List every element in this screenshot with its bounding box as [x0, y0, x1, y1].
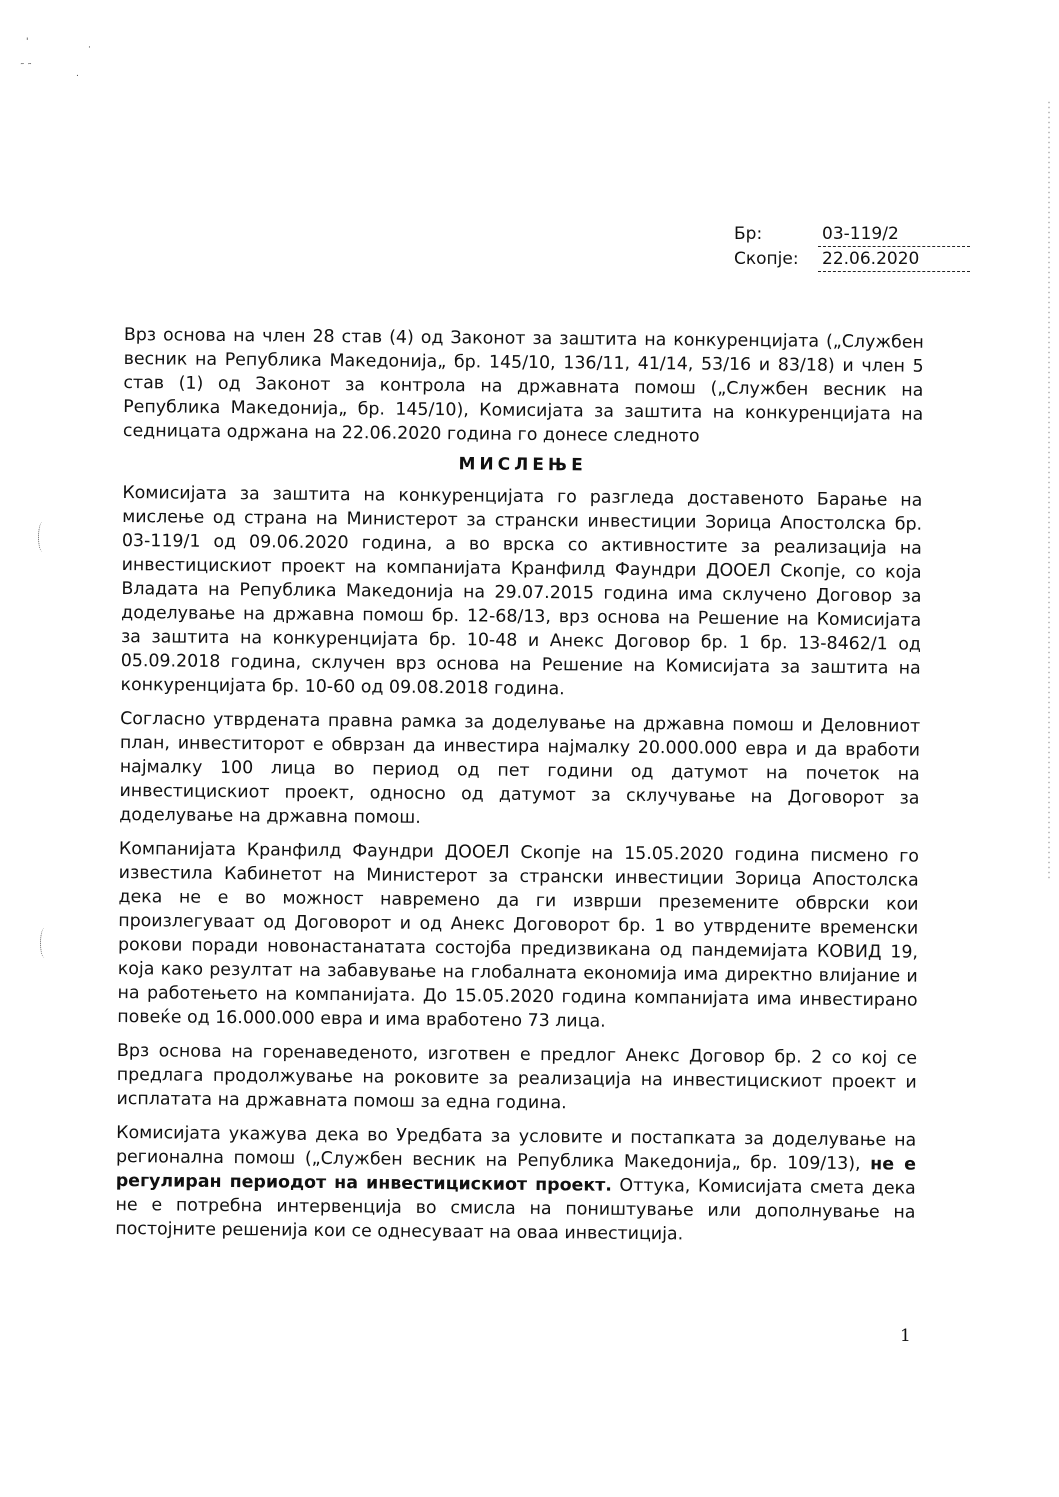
scan-artifact: · [88, 44, 91, 53]
scan-artifact: . [76, 70, 79, 79]
reference-date-value: 22.06.2020 [818, 247, 970, 272]
reference-date-row: Скопје: 22.06.2020 [734, 247, 970, 272]
body-paragraph: Комисијата за заштита на конкуренцијата … [120, 481, 922, 705]
reference-block: Бр: 03-119/2 Скопје: 22.06.2020 [734, 222, 970, 272]
conclusion-paragraph: Комисијата укажува дека во Уредбата за у… [115, 1121, 916, 1249]
preamble-paragraph: Врз основа на член 28 став (4) од Законо… [123, 323, 924, 451]
document-body: Врз основа на член 28 став (4) од Законо… [115, 323, 924, 1259]
document-title: МИСЛЕЊЕ [123, 449, 923, 481]
punch-hole-mark [40, 928, 49, 958]
scan-edge-noise [1048, 100, 1050, 880]
body-paragraph: Врз основа на горенаведеното, изготвен е… [116, 1039, 917, 1119]
scan-artifact: ˜ ˜ [20, 64, 32, 73]
reference-number-label: Бр: [734, 222, 818, 247]
reference-number-row: Бр: 03-119/2 [734, 222, 970, 247]
punch-hole-mark [38, 522, 47, 552]
page-number: 1 [900, 1326, 911, 1346]
reference-place-label: Скопје: [734, 247, 818, 272]
body-paragraph: Компанијата Кранфилд Фаундри ДООЕЛ Скопј… [117, 837, 919, 1037]
conclusion-text-start: Комисијата укажува дека во Уредбата за у… [116, 1123, 916, 1174]
scan-artifact: ' [26, 38, 28, 47]
body-paragraph: Согласно утврдената правна рамка за доде… [119, 707, 920, 835]
reference-number-value: 03-119/2 [818, 222, 970, 247]
